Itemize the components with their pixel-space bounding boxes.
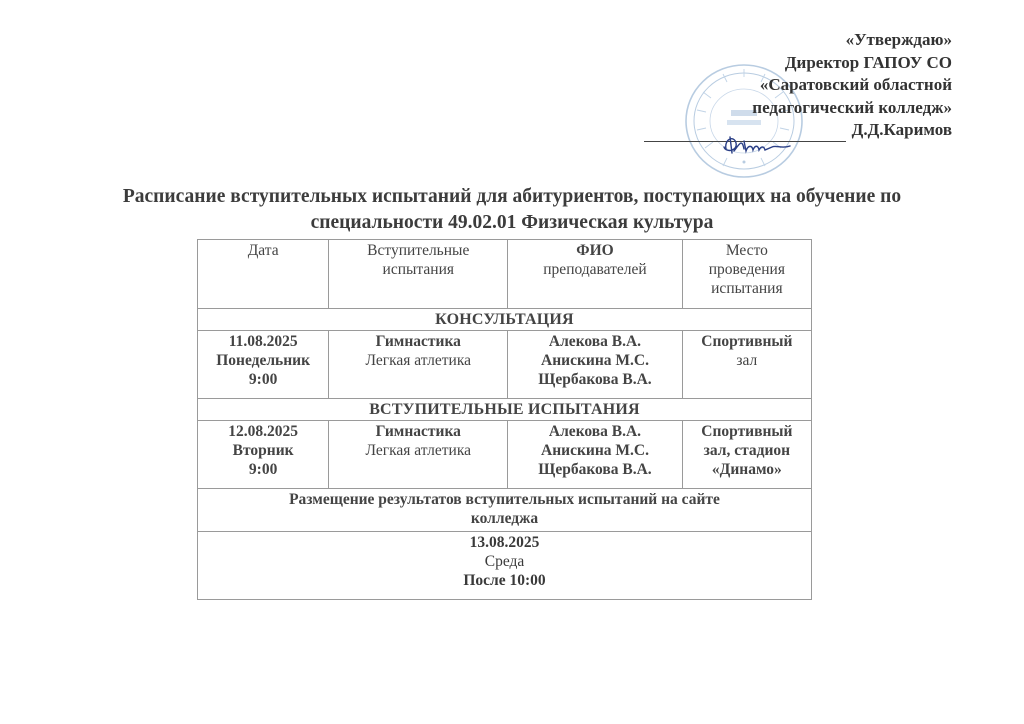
document-title: Расписание вступительных испытаний для а… [40,184,984,236]
approval-line: «Саратовский областной [592,74,952,97]
results-date: 13.08.2025 Среда После 10:00 [198,532,812,600]
approval-line: «Утверждаю» [592,29,952,52]
approval-line: Директор ГАПОУ СО [592,52,952,75]
cell-place: Спортивный зал, стадион «Динамо» [682,421,811,489]
cell-place: Спортивный зал [682,331,811,399]
section-row-consultation: КОНСУЛЬТАЦИЯ [198,309,812,331]
cell-teachers: Алекова В.А. Анискина М.С. Щербакова В.А… [508,331,682,399]
signatory-name: Д.Д.Каримов [852,119,952,142]
table-header-row: Дата Вступительные испытания ФИО препода… [198,240,812,309]
section-row-entrance-tests: ВСТУПИТЕЛЬНЫЕ ИСПЫТАНИЯ [198,399,812,421]
table-row: 11.08.2025 Понедельник 9:00 Гимнастика Л… [198,331,812,399]
table-row: 12.08.2025 Вторник 9:00 Гимнастика Легка… [198,421,812,489]
section-title: ВСТУПИТЕЛЬНЫЕ ИСПЫТАНИЯ [198,399,812,421]
cell-tests: Гимнастика Легкая атлетика [329,421,508,489]
results-date-row: 13.08.2025 Среда После 10:00 [198,532,812,600]
approval-line: педагогический колледж» [592,97,952,120]
section-title: КОНСУЛЬТАЦИЯ [198,309,812,331]
results-title: Размещение результатов вступительных исп… [198,489,812,532]
header-date: Дата [198,240,329,309]
header-teachers: ФИО преподавателей [508,240,682,309]
cell-date: 11.08.2025 Понедельник 9:00 [198,331,329,399]
approval-block: «Утверждаю» Директор ГАПОУ СО «Саратовск… [592,29,952,142]
title-line-1: Расписание вступительных испытаний для а… [40,184,984,210]
header-tests: Вступительные испытания [329,240,508,309]
results-row: Размещение результатов вступительных исп… [198,489,812,532]
cell-tests: Гимнастика Легкая атлетика [329,331,508,399]
cell-date: 12.08.2025 Вторник 9:00 [198,421,329,489]
cell-teachers: Алекова В.А. Анискина М.С. Щербакова В.А… [508,421,682,489]
header-place: Место проведения испытания [682,240,811,309]
schedule-table: Дата Вступительные испытания ФИО препода… [197,239,812,600]
signature-icon [720,131,795,157]
title-line-2: специальности 49.02.01 Физическая культу… [40,210,984,236]
